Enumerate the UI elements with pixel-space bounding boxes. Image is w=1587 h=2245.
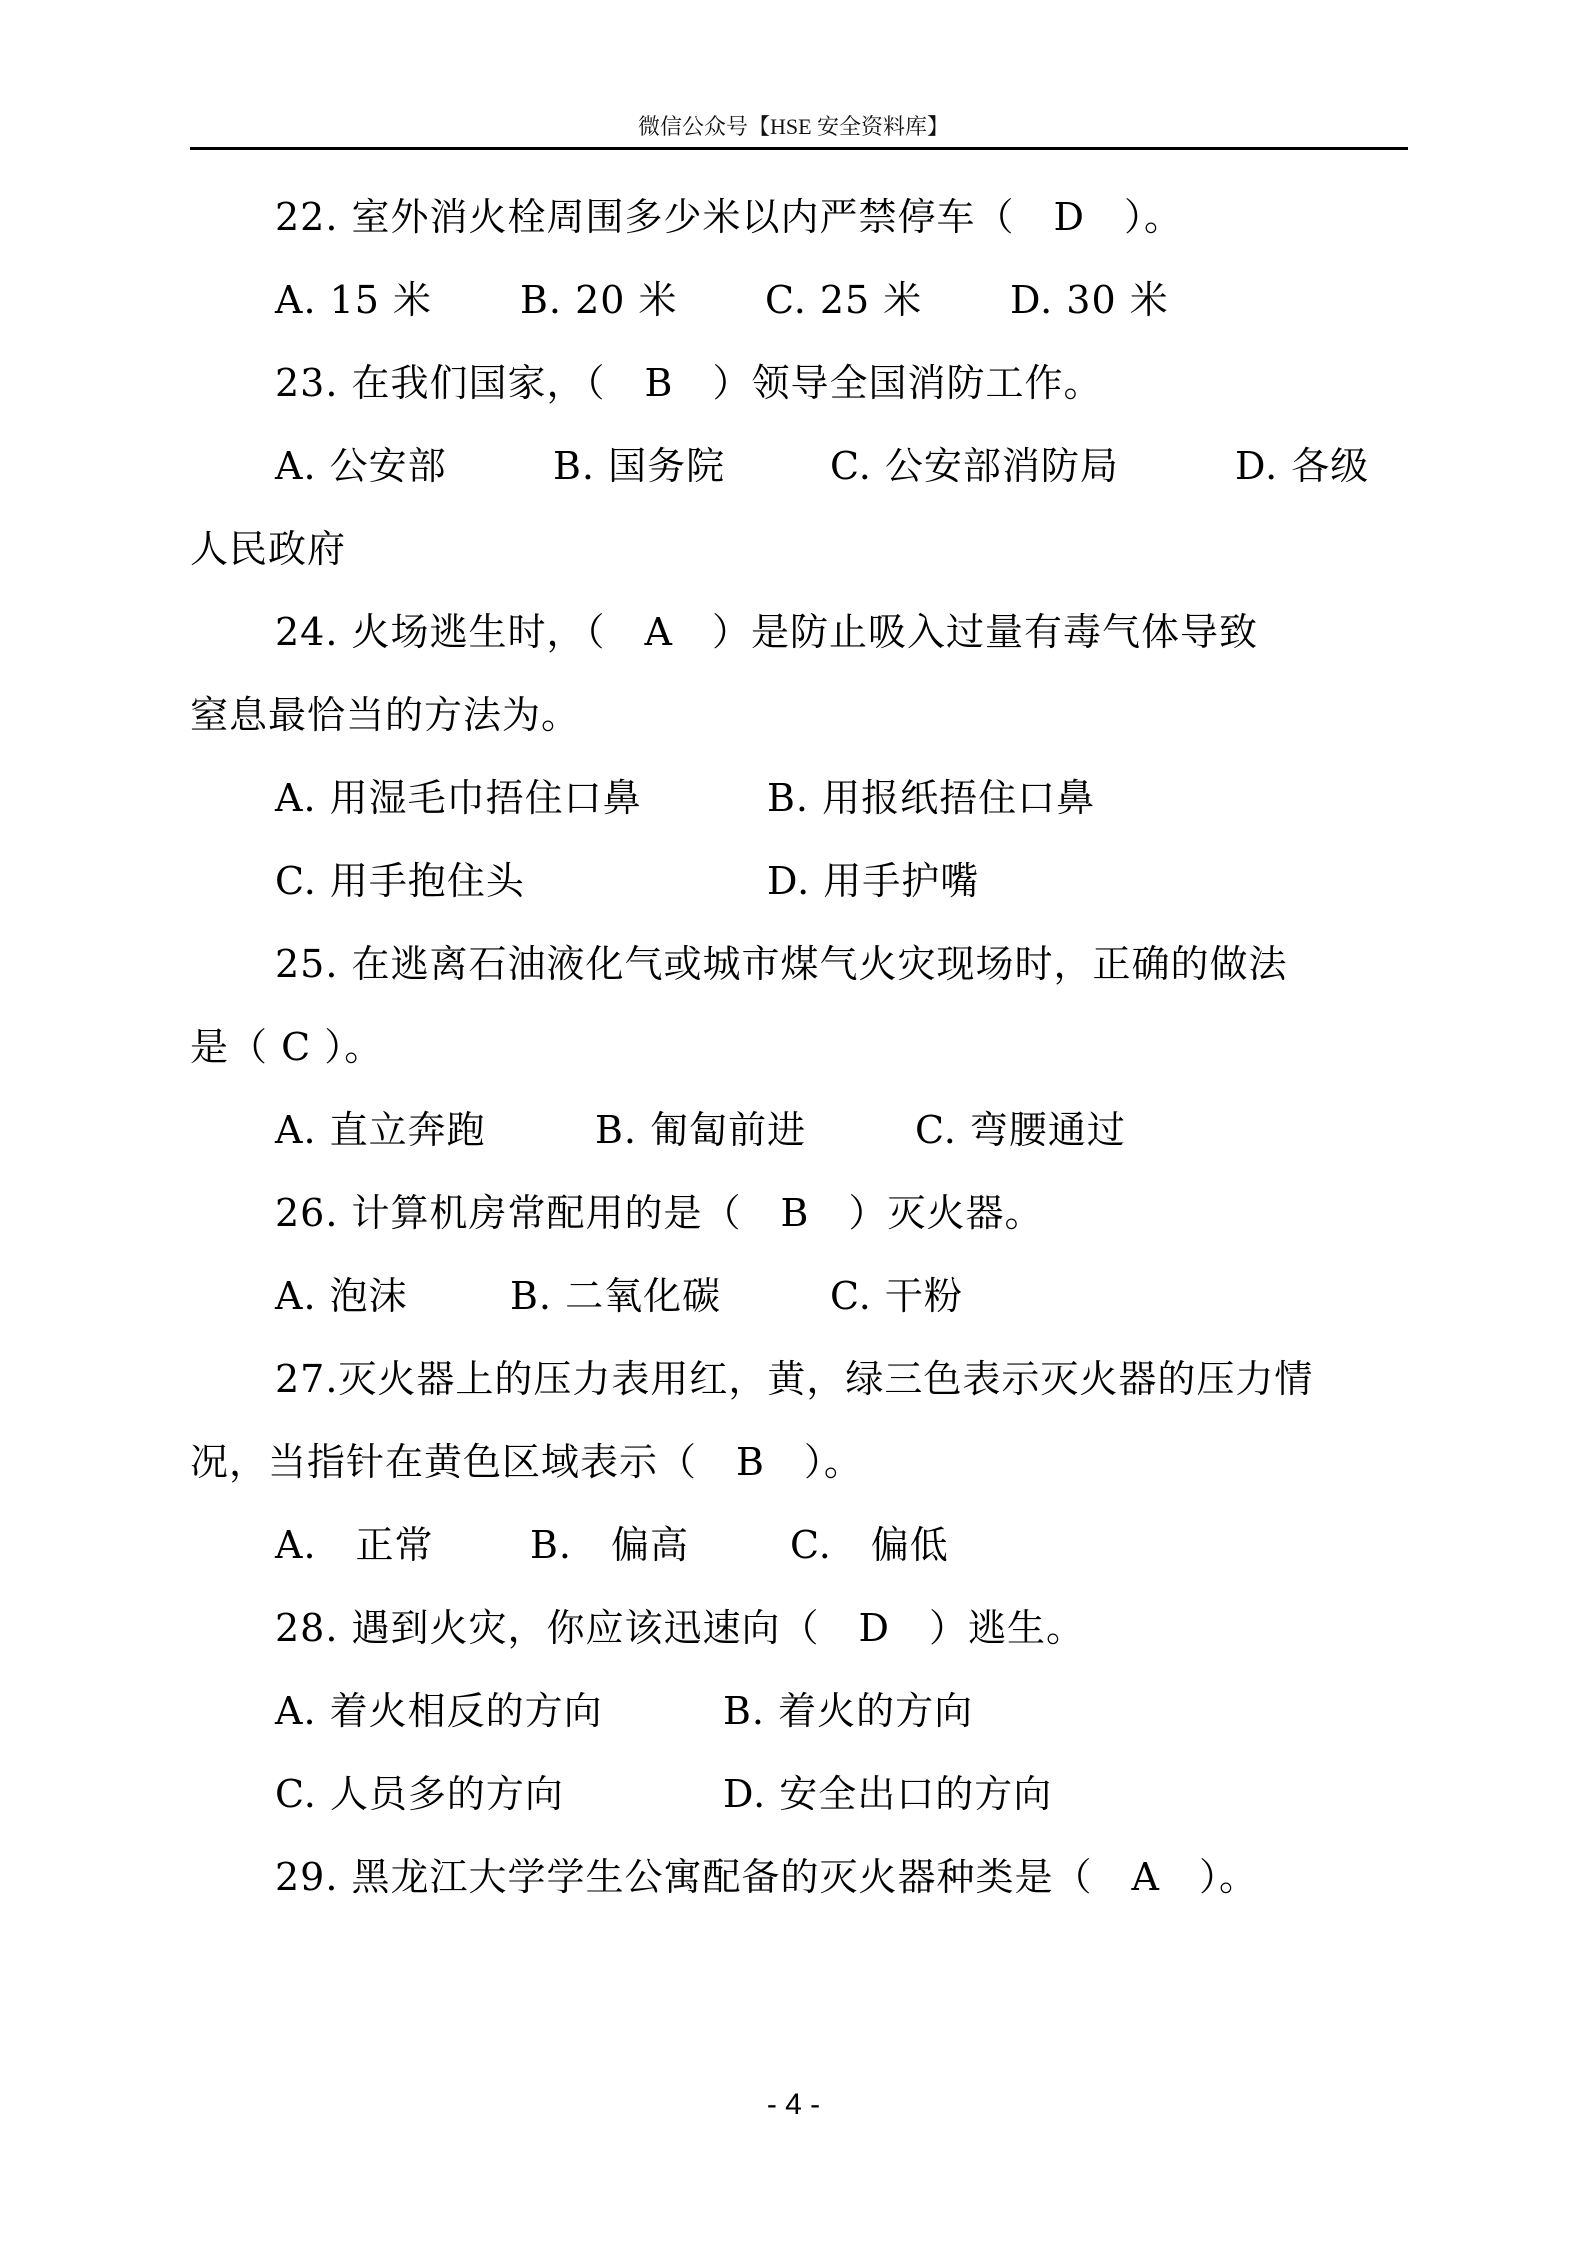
question-25-stem-line-1: 25. 在逃离石油液化气或城市煤气火灾现场时，正确的做法 <box>275 940 1288 988</box>
question-26-stem: 26. 计算机房常配用的是（ B ）灭火器。 <box>275 1189 1043 1237</box>
option-a: A. 直立奔跑 <box>275 1106 486 1154</box>
question-24-stem-line-1: 24. 火场逃生时，（ A ）是防止吸入过量有毒气体导致 <box>275 608 1258 656</box>
option-c: C. 偏低 <box>790 1521 949 1569</box>
option-a: A. 公安部 <box>275 442 447 490</box>
option-b: B. 用报纸捂住口鼻 <box>767 774 1095 822</box>
question-27-stem-line-2: 况，当指针在黄色区域表示（ B ）。 <box>190 1438 863 1486</box>
option-b: B. 二氧化碳 <box>510 1272 721 1320</box>
option-b: B. 国务院 <box>553 442 725 490</box>
option-d: D. 安全出口的方向 <box>723 1770 1052 1818</box>
option-b: B. 匍匐前进 <box>595 1106 806 1154</box>
option-c: C. 弯腰通过 <box>915 1106 1126 1154</box>
option-c: C. 公安部消防局 <box>830 442 1119 490</box>
question-28-stem: 28. 遇到火灾，你应该迅速向（ D ）逃生。 <box>275 1604 1085 1652</box>
option-a: A. 着火相反的方向 <box>275 1687 603 1735</box>
option-b: B. 着火的方向 <box>723 1687 973 1735</box>
option-c: C. 干粉 <box>830 1272 963 1320</box>
option-c: C. 25 米 <box>765 276 922 324</box>
option-d: D. 30 米 <box>1010 276 1169 324</box>
option-c: C. 用手抱住头 <box>275 857 525 905</box>
question-23-option-continuation: 人民政府 <box>190 525 346 573</box>
question-29-stem: 29. 黑龙江大学学生公寓配备的灭火器种类是（ A ）。 <box>275 1853 1258 1901</box>
option-b: B. 偏高 <box>530 1521 689 1569</box>
option-c: C. 人员多的方向 <box>275 1770 564 1818</box>
option-a: A. 15 米 <box>275 276 432 324</box>
question-27-stem-line-1: 27.灭火器上的压力表用红，黄，绿三色表示灭火器的压力情 <box>275 1355 1313 1403</box>
question-22-stem: 22. 室外消火栓周围多少米以内严禁停车（ D ）。 <box>275 193 1183 241</box>
page-number: - 4 - <box>0 2088 1587 2122</box>
option-b: B. 20 米 <box>520 276 678 324</box>
option-d: D. 各级 <box>1235 442 1369 490</box>
header-rule <box>190 147 1408 150</box>
option-a: A. 泡沫 <box>275 1272 408 1320</box>
question-23-stem: 23. 在我们国家，（ B ）领导全国消防工作。 <box>275 359 1102 407</box>
question-24-stem-line-2: 窒息最恰当的方法为。 <box>190 691 580 739</box>
option-d: D. 用手护嘴 <box>767 857 979 905</box>
question-25-stem-line-2: 是（ C ）。 <box>190 1023 383 1071</box>
page-header: 微信公众号【HSE 安全资料库】 <box>0 110 1587 141</box>
option-a: A. 正常 <box>275 1521 434 1569</box>
option-a: A. 用湿毛巾捂住口鼻 <box>275 774 642 822</box>
